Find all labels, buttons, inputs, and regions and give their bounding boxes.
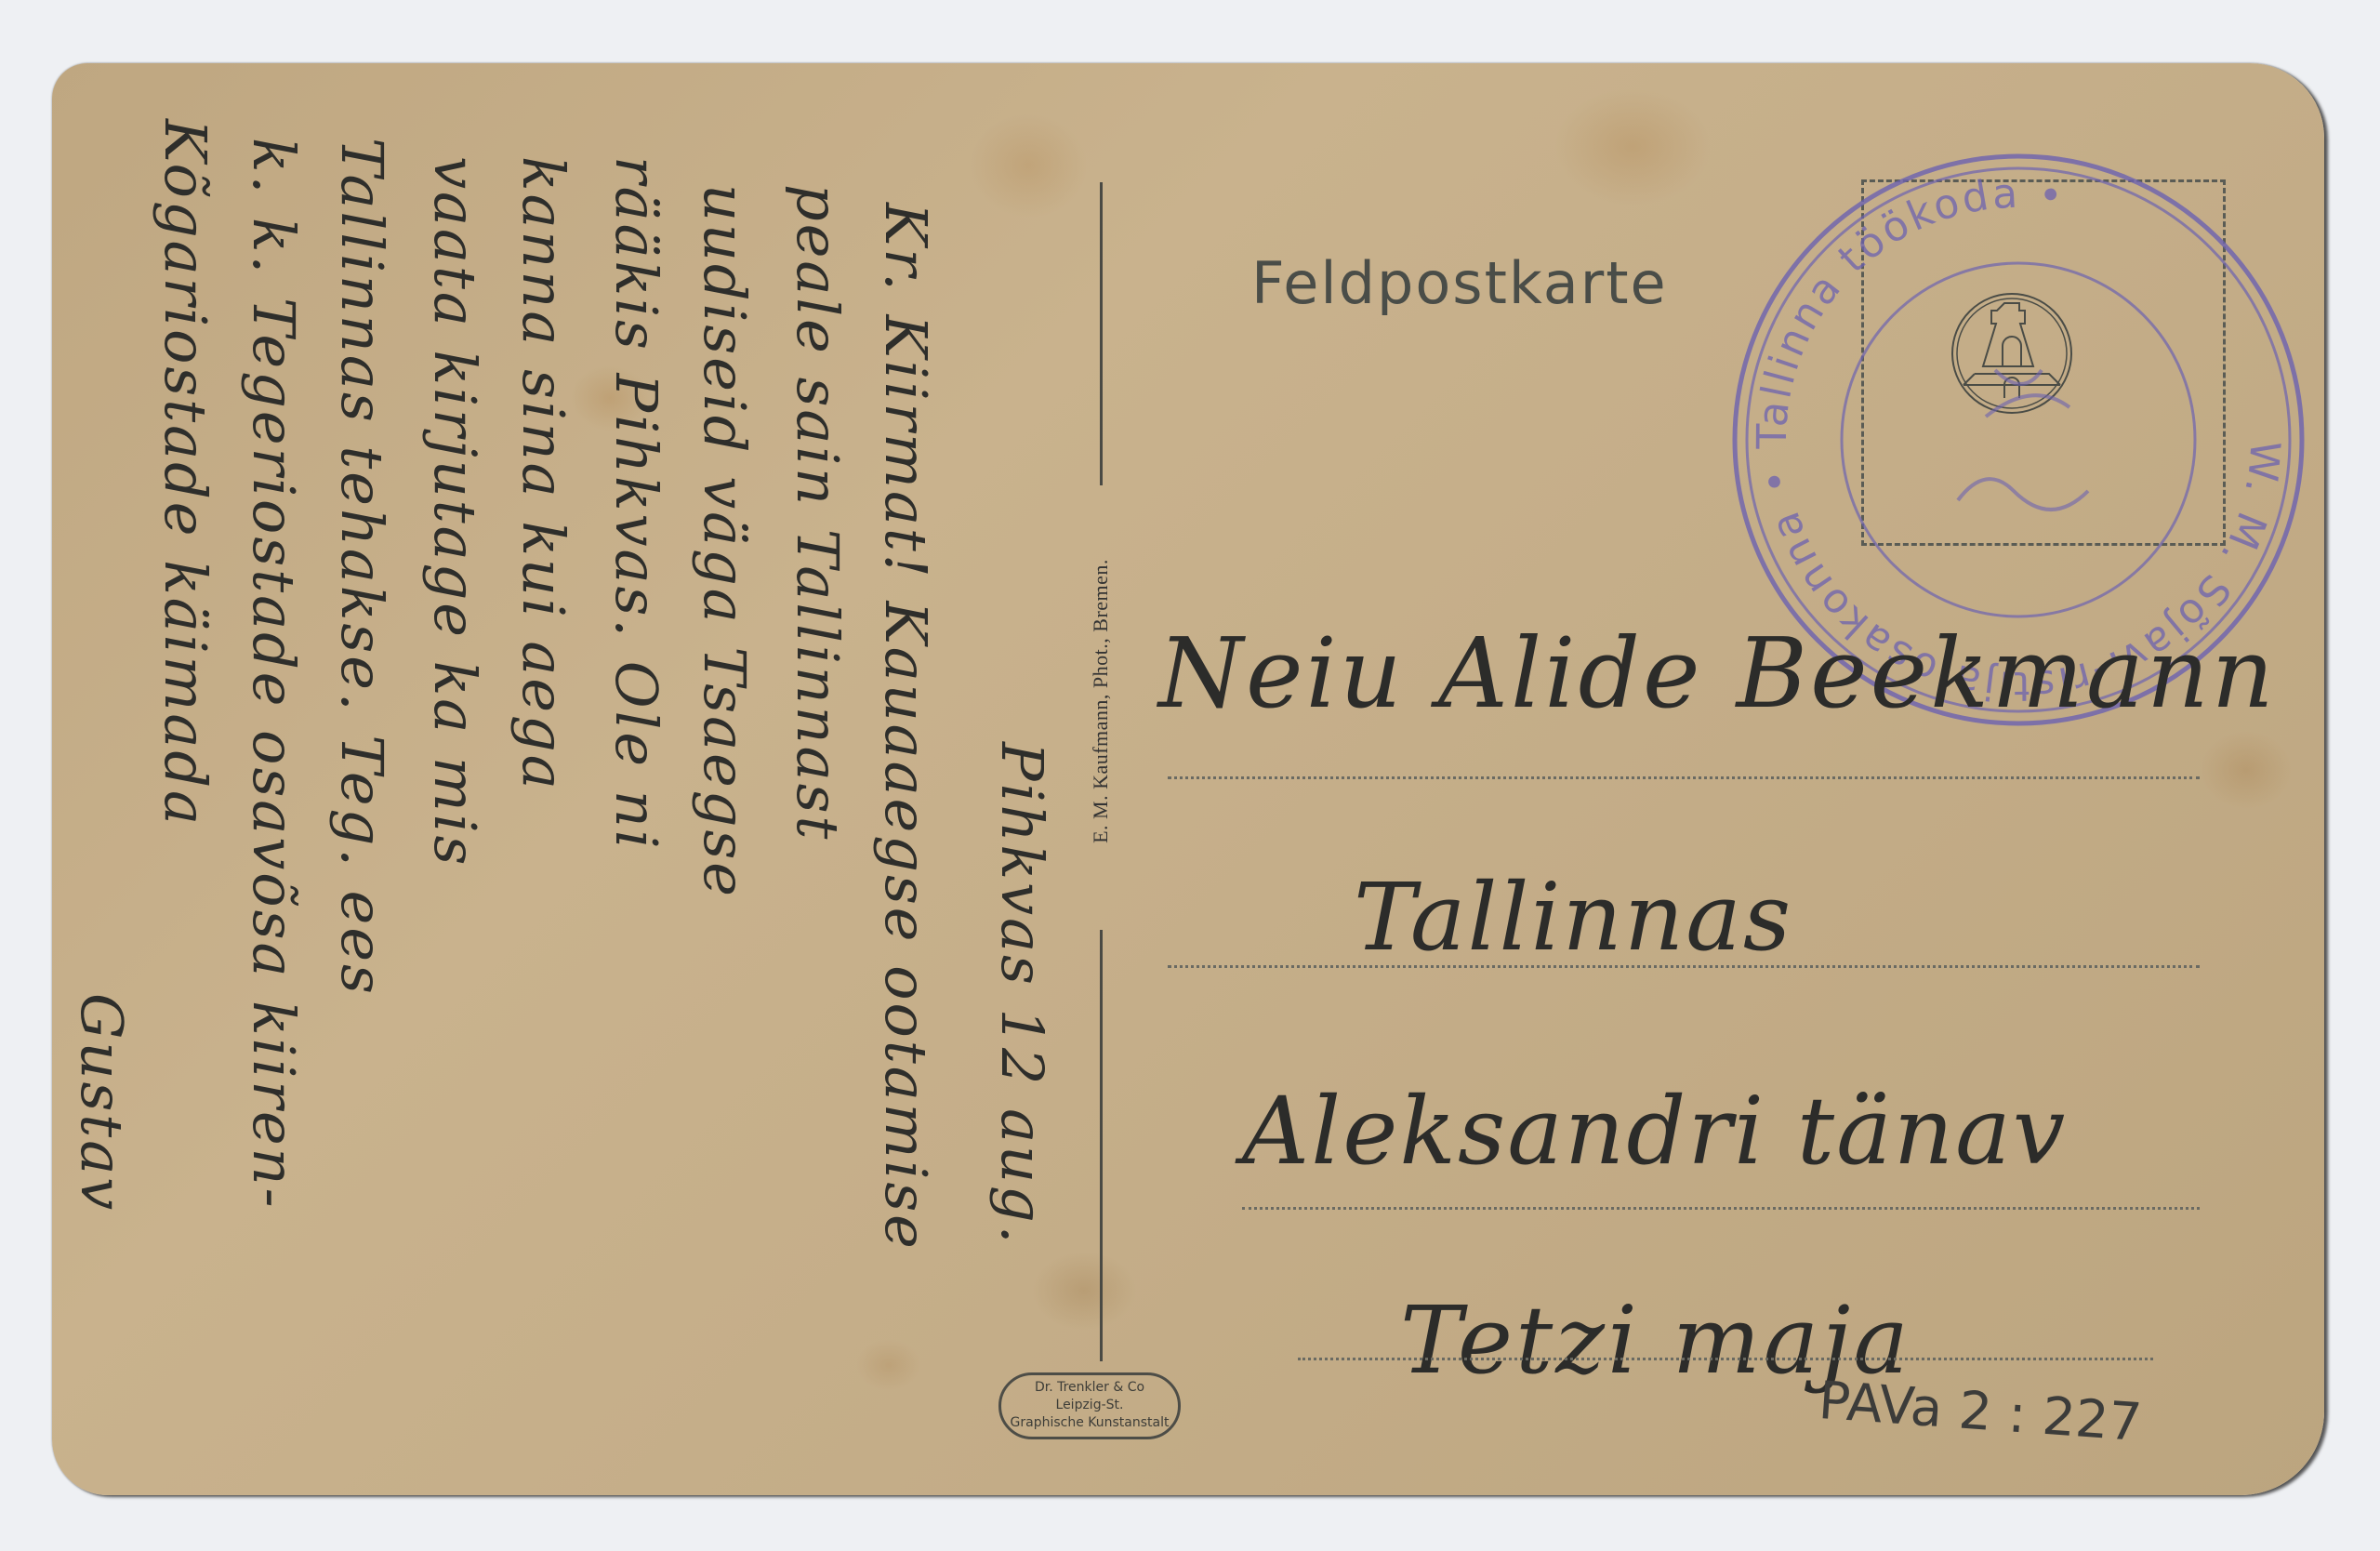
- message-line: rääkis Pihkvas. Ole ni: [602, 156, 670, 852]
- message-line: Tallinnas tehakse. Teg. ees: [328, 138, 396, 997]
- printer-type: Graphische Kunstanstalt: [1001, 1414, 1178, 1432]
- center-divider-bottom: [1100, 930, 1103, 1361]
- message-line: peale sain Tallinnast: [784, 184, 852, 842]
- archive-reference: PAVa 2 : 227: [1817, 1371, 2144, 1453]
- message-line: vaata kirjutage ka mis: [421, 156, 489, 868]
- postcard-back: E. M. Kaufmann, Phot., Bremen. Feldpostk…: [52, 63, 2324, 1495]
- message-line: kanna sina kui aega: [509, 156, 577, 792]
- message-line: Kõgariostade käimada: [152, 119, 219, 828]
- message-signature: Gustav: [68, 993, 136, 1213]
- address-line-4: [1298, 1358, 2153, 1360]
- message-date: Pihkvas 12 aug.: [988, 742, 1056, 1246]
- recipient-city: Tallinnas: [1354, 863, 1792, 972]
- address-line-2: [1168, 965, 2200, 968]
- printer-name: Dr. Trenkler & Co: [1001, 1379, 1178, 1397]
- printer-stamp: Dr. Trenkler & Co Leipzig-St. Graphische…: [998, 1372, 1181, 1439]
- message-line: uudiseid väga Tsaegse: [691, 184, 759, 899]
- center-divider-top: [1100, 182, 1103, 485]
- publisher-credit: E. M. Kaufmann, Phot., Bremen.: [1089, 559, 1113, 843]
- address-line-1: [1168, 776, 2200, 779]
- printer-city: Leipzig-St.: [1001, 1397, 1178, 1414]
- message-line: k. k. Tegeriostade osavõsa kiiren-: [240, 138, 308, 1211]
- card-title: Feldpostkarte: [1251, 249, 1668, 317]
- message-line: Kr. Kiirmat! Kauaaegse ootamise: [872, 203, 940, 1252]
- address-line-3: [1242, 1207, 2200, 1210]
- postmark-center-mark: [1958, 370, 2088, 510]
- recipient-street: Aleksandri tänav: [1242, 1077, 2067, 1186]
- recipient-name: Neiu Alide Beekmann: [1158, 616, 2277, 730]
